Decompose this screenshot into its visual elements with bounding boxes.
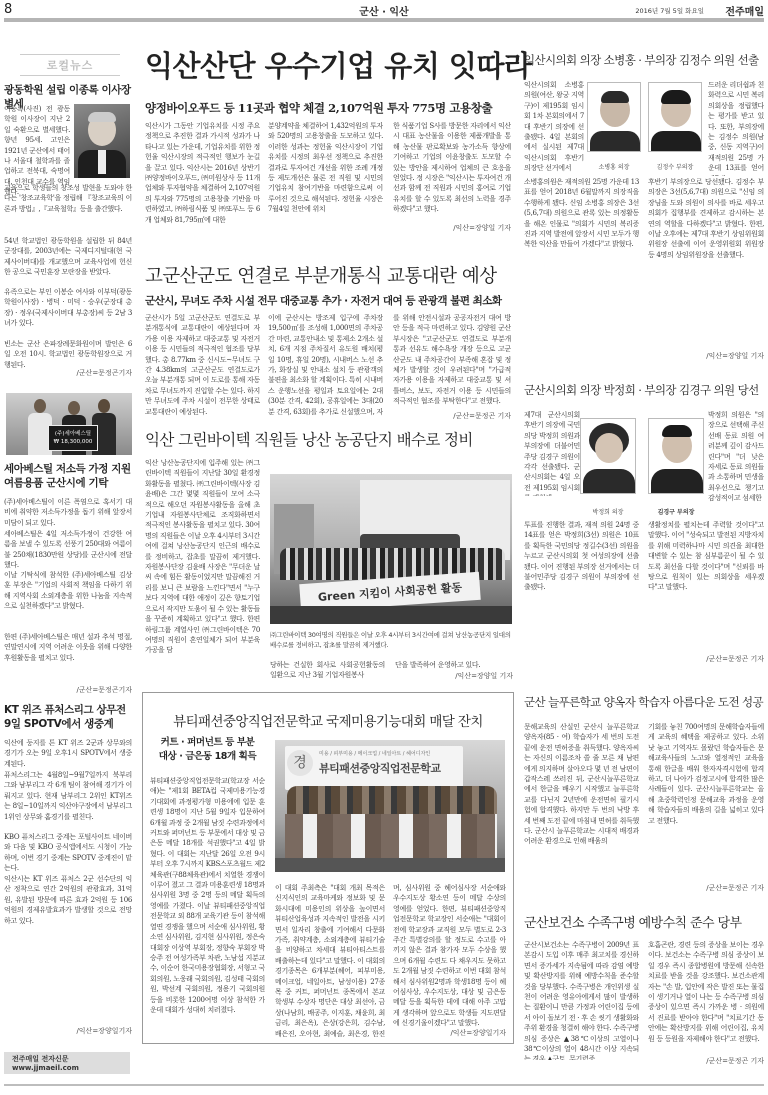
beauty-school-banner: 경 미용 / 피부미용 / 메이크업 / 네일아트 / 헤어디자인 뷰티패션중앙… [285, 746, 463, 790]
donation-body-3: 이날 기탁식에 참석한 (주)세아베스틸 김상훈 부장은 "기업의 사회적 책임… [4, 570, 132, 612]
e-paper-promo[interactable]: 전주매일 전자신문 www.jjmaeil.com [4, 1052, 130, 1074]
health-col-1: 군산시보건소는 수족구병이 2009년 표본감시 도입 이후 매주 최고치를 경… [524, 940, 639, 1060]
iksan-council-byline: /익산=장양일 기자 [648, 351, 764, 361]
kt-wiz-body-4: 익산시는 KT 위즈 퓨처스 2군 선수단의 익산 정착으로 연간 2억원의 관… [4, 874, 132, 1004]
greenbiotech-col-1: 익산 낭산농공단지에 입주해 있는 ㈜그린바이텍 직원들이 지난달 30일 환경… [145, 458, 260, 678]
local-news-logo: 로컬뉴스 [20, 54, 120, 76]
footer-divider [4, 1084, 764, 1086]
gunsan-council-body-left: 투표를 진행한 결과, 재적 의원 24명 중 14표를 얻은 박정희(3선) … [524, 520, 639, 640]
iksan-vicechair-caption: 김정수 부의장 [648, 162, 702, 171]
beauty-subheadline: 커트 · 퍼머넌트 등 부분 대상 · 금은동 18개 획득 [150, 736, 265, 764]
gunsan-council-headline: 군산시의회 의장 박정희 · 부의장 김경구 의원 당선 [524, 382, 759, 398]
obituary-byline: /군산=문정곤기자 [4, 368, 132, 378]
health-col-2: 호흡곤란, 경련 등의 증상을 보이는 경우이다. 보건소는 수족구병 의심 증… [648, 940, 764, 1052]
kt-wiz-body-1: 익산에 둥지를 튼 KT 위즈 2군과 상무와의 경기가 오는 9일 오후1시 … [4, 738, 132, 769]
beauty-byline: /익산=장양일기자 [393, 1028, 506, 1038]
kt-wiz-headline: KT 위즈 퓨처스리그 상무전 9일 SPOTV에서 생중계 [4, 703, 132, 731]
traffic-byline: /군산=문정곤 기자 [393, 411, 511, 421]
newspaper-name: 전주매일 [725, 3, 764, 18]
health-headline: 군산보건소 수족구병 예방수칙 준수 당부 [524, 912, 741, 931]
gunsan-council-byline: /군산=문정곤 기자 [648, 654, 764, 664]
lead-subheadline: 양정바이오푸드 등 11곳과 협약 체결 2,107억원 투자 775명 고용창… [145, 100, 492, 116]
iksan-council-body-right: 후반기 부의장으로 당선됐다. 김정수 부의장은 3선(5,6,7대) 의원으로… [648, 177, 764, 345]
gunsan-council-body-right: 생활정치를 펼치는데 주력할 것이다"고 말했다. 이어 "성숙되고 발전된 지… [648, 520, 764, 650]
lead-col-1: 익산시가 그동안 기업유치를 시정 주요정책으로 추진한 결과 가시적 성과가 … [145, 121, 260, 233]
lead-byline: /익산=장양일 기자 [393, 223, 511, 233]
gunsan-vicechair-caption: 김경구 부의장 [648, 507, 704, 516]
gunsan-chair-caption: 박정희 의장 [580, 507, 636, 516]
school-emblem-icon: 경 [287, 750, 313, 776]
donation-body-2: 세아베스틸은 4일 저소득가정이 건강한 여름을 보낼 수 있도록 선풍기 25… [4, 529, 132, 571]
gunsan-vicechair-portrait [648, 418, 704, 494]
beauty-group-photo: 경 미용 / 피부미용 / 메이크업 / 네일아트 / 헤어디자인 뷰티패션중앙… [275, 740, 505, 872]
donation-byline: /군산=문정곤기자 [4, 685, 132, 695]
iksan-council-headline: 익산시의회 의장 소병홍 · 부의장 김정수 의원 선출 [524, 52, 759, 68]
traffic-col-3: 를 위해 안전시설과 공공자전거 대여 방안 등을 적극 마련하고 있다. 김양… [393, 313, 511, 407]
greenbiotech-byline: /익산=장양일 기자 [395, 671, 513, 681]
obituary-portrait-photo [74, 104, 130, 178]
iksan-council-body-left: 소병홍의원은 재적의원 25명 가운데 13표를 얻어 2018년 6월말까지 … [524, 177, 639, 345]
beauty-col-2: 이 대회 주최측은 "대회 개최 목적은 신지식인의 교육마케와 정보화 및 문… [275, 883, 385, 1038]
greenbiotech-col-2: 당하는 건실한 회사로 사회공헌활동의 일환으로 지난 3월 기업자원봉사 [270, 660, 385, 681]
obituary-body-3: 54년 학교법인 광동학원을 설립한 뒤 84년 군장대를, 2003년에는 국… [4, 236, 132, 278]
greenbiotech-caption: ㈜그린바이텍 30여명의 직원들은 이날 오후 4시부터 3시간여에 걸쳐 낭산… [270, 630, 514, 650]
traffic-col-1: 군산시가 5일 고군산군도 연결도로 부분개통식에 교통대란이 예상된다며 자가… [145, 313, 260, 417]
greenbiotech-col-3: 단을 발족하여 운영하고 있다. [395, 660, 510, 670]
kt-wiz-body-2: 퓨처스리그는 4월8일~9월7일까지 북부리그와 남부리그 각 6개 팀이 참여… [4, 770, 132, 822]
school-byline: /군산=문정곤 기자 [648, 883, 764, 893]
obituary-body-4: 유족으로는 부인 이봉순 여사와 이부덕(광동학원이사장) · 병덕 · 미덕 … [4, 287, 132, 329]
obituary-body-5: 빈소는 군산 은파장례문화원이며 발인은 6일 오전 10시. 학교법인 광동학… [4, 339, 132, 370]
iksan-council-col-left: 익산시의회 소병홍의원(여산, 왕궁 지역구)이 제195회 임시회 1차 본회… [524, 80, 584, 176]
kt-wiz-byline: /익산=장양일기자 [4, 1026, 132, 1036]
iksan-chair-caption: 소병홍 의장 [587, 162, 641, 171]
obituary-body-2: 교육으로 학생들의 창조성 발현을 도와야 한다는 '창조교육학'을 정립해 『… [4, 183, 132, 214]
lead-col-2: 분양계약을 체결하여 1,432억원의 투자와 520명의 고용창출을 도모하고… [268, 121, 383, 233]
iksan-chair-portrait [587, 82, 641, 152]
beauty-headline: 뷰티패션중앙직업전문학교 국제미용기능대회 매달 잔치 [142, 710, 514, 730]
health-byline: /군산=문정곤 기자 [648, 1056, 764, 1066]
school-headline: 군산 늘푸른학교 양옥자 학습자 아름다운 도전 성공 [524, 694, 763, 710]
gunsan-chair-portrait [580, 418, 636, 494]
donation-photo: (주)세아베스틸 ₩ 18,300,000 [6, 393, 132, 455]
iksan-council-col-right: 드러운 리더쉽과 친화력으로 시민 복리 의회상을 정립했다는 평가를 받고 있… [708, 80, 764, 176]
donation-body-4: 한편 (주)세아베스틸은 매년 설과 추석 명절, 연말연시에 지역 어려운 이… [4, 632, 132, 663]
iksan-vicechair-portrait [648, 82, 702, 152]
school-col-2: 기회를 놓친 700여명의 문해학습자들에게 교육의 혜택을 제공하고 있다. … [648, 722, 764, 882]
traffic-headline: 고군산군도 연결로 부분개통식 교통대란 예상 [145, 262, 497, 288]
gunsan-council-col-right: 박정희 의원은 "의장으로 선택해 주신 선배 동료 의원 여러분께 깊이 감사… [708, 410, 764, 506]
greenbiotech-photo: Green 지킴이 사회공헌 활동 [270, 474, 512, 624]
school-col-1: 문해교육의 산실인 군산시 늘푸른학교 양옥자(85 · 여) 학습자가 세 번… [524, 722, 639, 892]
traffic-col-2: 이에 군산시는 방조제 입구에 주차장 19,500㎡를 조성해 1,000면의… [268, 313, 383, 417]
donation-headline: 세아베스틸 저소득 가정 지원 여름용품 군산시에 기탁 [4, 462, 132, 490]
header-divider [4, 18, 764, 22]
beauty-col-3: 며, 심사위원 중 헤어심사장 서순애와 우수지도상 황소연 등이 메달 수상의… [393, 883, 506, 1028]
lead-headline: 익산산단 우수기업 유치 잇따라 [145, 44, 531, 85]
gunsan-council-col-left: 제7대 군산시의회 후반기 의장에 국민의당 박정희 의원과 부의장에 더불어민… [524, 410, 580, 496]
greenbiotech-headline: 익산 그린바이텍 직원들 낭산 농공단지 배수로 정비 [145, 428, 473, 450]
traffic-subheadline: 군산시, 무녀도 주차 시설 전무 대중교통 추가 · 자전거 대여 등 관광객… [145, 293, 502, 308]
donation-check-board: (주)세아베스틸 ₩ 18,300,000 [48, 425, 98, 451]
lead-col-3: 한 식품기업 S사를 방문한 자리에서 익산시 대표 농산물을 이용한 제품개발… [393, 121, 511, 221]
issue-date: 2016년 7월 5일 화요일 [635, 6, 704, 15]
kt-wiz-body-3: KBO 퓨처스리그 중계는 포털사이트 네이버와 다음 및 KBO 공식앱에서도… [4, 832, 132, 874]
donation-body-1: (주)세아베스틸이 이른 폭염으로 혹서기 대비에 취약한 저소득가정을 돕기 … [4, 497, 132, 528]
beauty-col-1: 뷰티패션중앙직업전문학교(학교장 서순애)는 "제1회 BETA컵 국제미용기능… [150, 776, 265, 1038]
